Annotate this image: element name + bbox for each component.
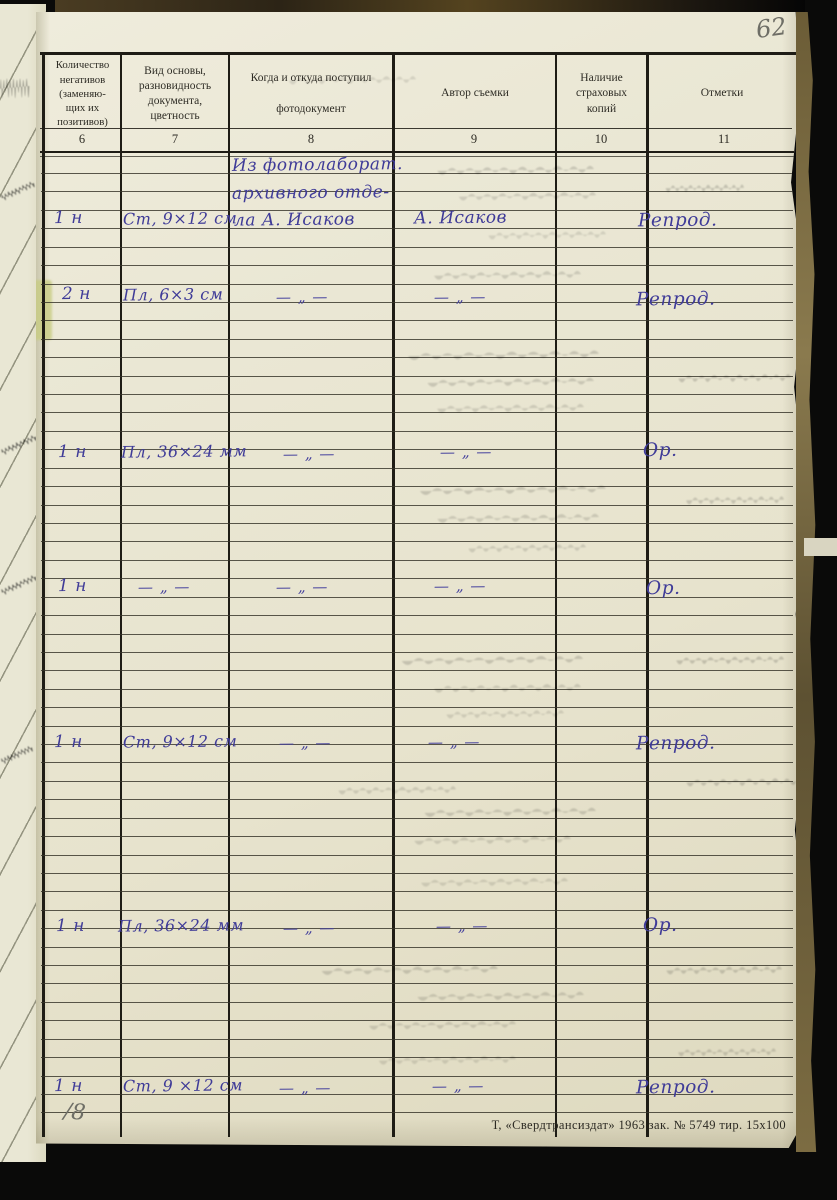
entry-1-base-type: Ст, 9×12 см <box>123 208 238 228</box>
entry-4-source-ditto: — „ — <box>276 578 328 597</box>
entry-5-base-type: Ст, 9×12 см <box>123 731 238 751</box>
entry-4-notes: Ор. <box>646 578 681 599</box>
column-number-8: 8 <box>291 132 331 147</box>
entry-3-notes: Ор. <box>643 440 678 461</box>
entry-1-negatives-count: 1 н <box>54 208 83 228</box>
entry-5-notes: Репрод. <box>636 733 716 755</box>
entry-5-author-ditto: — „ — <box>428 733 480 752</box>
entry-7-base-type: Ст, 9 ×12 см <box>123 1075 243 1095</box>
column-number-6: 6 <box>62 132 102 147</box>
entry-2-notes: Репрод. <box>636 289 716 311</box>
scanned-register-page: 62 Количество негативов (заменяю- щих их… <box>0 0 837 1200</box>
entry-6-negatives-count: 1 н <box>56 916 85 936</box>
column-header-9: Автор съемки <box>395 58 555 130</box>
entry-6-source-ditto: — „ — <box>283 919 335 938</box>
entry-4-base-ditto: — „ — <box>138 578 190 597</box>
entry-2-author-ditto: — „ — <box>434 288 486 307</box>
pencil-note-digit: 8 <box>70 1100 87 1126</box>
entry-6-base-type: Пл, 36×24 мм <box>118 915 244 935</box>
numbers-row-border <box>40 151 794 153</box>
table-border-left <box>42 53 45 1137</box>
entry-1-author: А. Исаков <box>414 208 507 229</box>
column-divider <box>555 53 557 1137</box>
entry-7-negatives-count: 1 н <box>54 1076 83 1096</box>
column-divider <box>120 53 122 1137</box>
print-fragment <box>0 64 30 108</box>
entry-1-source-line3: ла А. Исаков <box>234 209 355 230</box>
entry-5-negatives-count: 1 н <box>54 732 83 752</box>
entry-3-negatives-count: 1 н <box>58 442 87 462</box>
entry-7-author-ditto: — „ — <box>432 1077 484 1096</box>
ink-fragment <box>0 429 40 459</box>
entry-7-notes: Репрод. <box>636 1077 716 1099</box>
table-top-border <box>40 52 796 55</box>
entry-2-negatives-count: 2 н <box>62 284 91 304</box>
entry-3-author-ditto: — „ — <box>440 443 492 462</box>
entry-4-author-ditto: — „ — <box>434 577 486 596</box>
column-number-10: 10 <box>581 132 621 147</box>
register-page: 62 Количество негативов (заменяю- щих их… <box>36 12 808 1148</box>
pencil-note: ∕8 <box>63 1099 87 1126</box>
column-number-11: 11 <box>704 132 744 147</box>
column-header-6: Количество негативов (заменяю- щих их по… <box>45 58 120 130</box>
column-number-7: 7 <box>155 132 195 147</box>
column-number-9: 9 <box>454 132 494 147</box>
book-edge <box>55 0 805 14</box>
ink-fragment <box>0 569 40 599</box>
page-number: 62 <box>754 12 788 44</box>
entry-6-author-ditto: — „ — <box>436 917 488 936</box>
column-header-11: Отметки <box>648 58 796 130</box>
entry-3-base-type: Пл, 36×24 мм <box>121 441 247 461</box>
column-header-7: Вид основы, разновидность документа, цве… <box>122 58 228 130</box>
entry-1-source-line1: Из фотолаборат. <box>232 154 403 176</box>
entry-1-source-line2: архивного отде- <box>232 182 390 204</box>
numbers-row-border-2 <box>40 156 794 157</box>
entry-2-source-ditto: — „ — <box>276 288 328 307</box>
entry-2-base-type: Пл, 6×3 см <box>123 284 224 304</box>
entry-4-negatives-count: 1 н <box>58 576 87 596</box>
column-header-10: Наличие страховых копий <box>557 58 646 130</box>
print-shop-imprint: Т, «Свердтрансиздат» 1963 зак. № 5749 ти… <box>456 1118 786 1133</box>
entry-6-notes: Ор. <box>643 915 678 936</box>
torn-paper-edge <box>796 12 837 1152</box>
entry-3-source-ditto: — „ — <box>283 445 335 464</box>
entry-7-source-ditto: — „ — <box>279 1079 331 1098</box>
ink-fragment <box>0 175 38 204</box>
ink-fragment <box>0 740 36 768</box>
column-header-8: Когда и откуда поступил фотодокумент <box>230 58 392 130</box>
entry-1-notes: Репрод. <box>638 210 718 232</box>
entry-5-source-ditto: — „ — <box>279 734 331 753</box>
paper-tab <box>804 538 837 556</box>
